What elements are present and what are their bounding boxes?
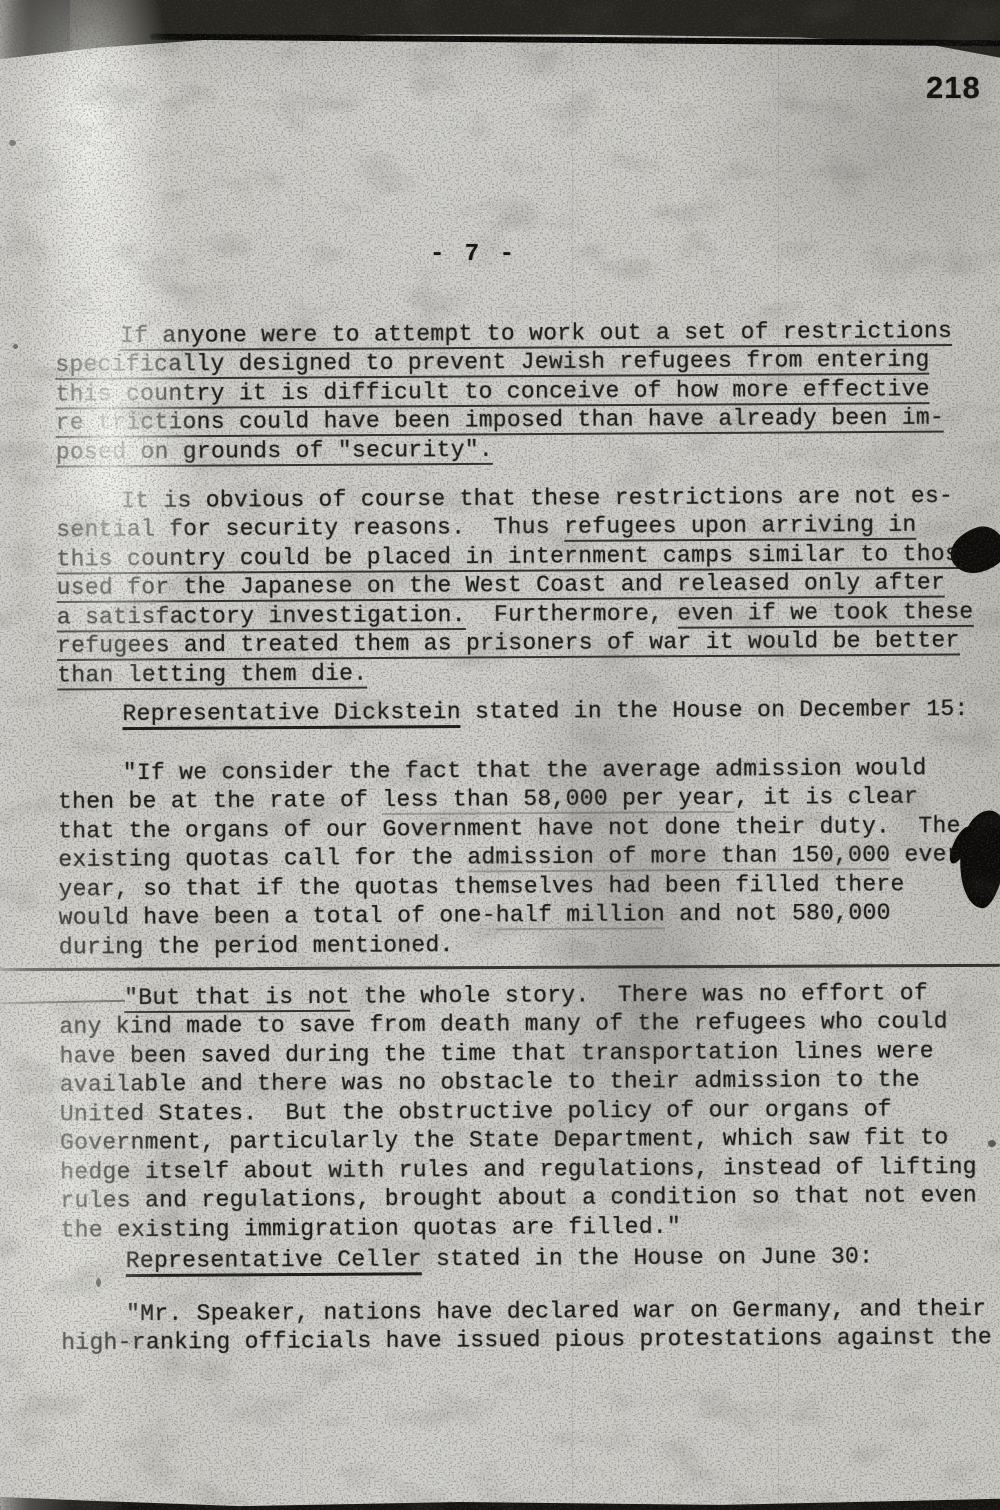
underlined-text: half million xyxy=(496,900,665,930)
page-number: - 7 - xyxy=(430,241,517,268)
text-segment: existing quotas call for the xyxy=(58,843,467,872)
underlined-text: If anyone were to attempt to work out a … xyxy=(120,317,952,351)
underlined-text: this country it is difficult to conceive… xyxy=(55,375,930,409)
text-segment: "Mr. Speaker, nations have declared war … xyxy=(126,1295,986,1327)
text-segment: have been saved during the time that tra… xyxy=(59,1037,933,1069)
text-line: than letting them die. xyxy=(57,655,1000,690)
quote-attribution-heading: Representative Celler stated in the Hous… xyxy=(61,1241,1000,1276)
underlined-text: less than 58,000 per year xyxy=(382,784,735,815)
text-segment: stated in the House on June 30: xyxy=(422,1243,873,1273)
ink-speck xyxy=(13,344,18,349)
text-segment: United States. But the obstructive polic… xyxy=(60,1095,892,1127)
text-line: posed on grounds of "security". xyxy=(56,432,1000,467)
film-scratch xyxy=(572,45,573,1500)
underlined-text: posed on grounds of "security". xyxy=(56,436,493,468)
film-scratch xyxy=(302,45,303,1500)
ink-speck xyxy=(988,1140,996,1147)
underlined-text: refugees upon arriving in xyxy=(564,511,917,542)
text-segment: high-ranking officials have issued pious… xyxy=(61,1323,992,1356)
text-line: this country could be placed in internme… xyxy=(56,539,1000,574)
text-segment: during the period mentioned. xyxy=(59,931,454,960)
text-line: during the period mentioned. xyxy=(59,927,1000,962)
text-segment: then be at the rate of xyxy=(58,786,383,815)
text-line: Representative Celler stated in the Hous… xyxy=(61,1241,1000,1276)
underlined-text: even if we took these xyxy=(677,598,973,629)
text-line: If anyone were to attempt to work out a … xyxy=(55,316,1000,351)
underlined-text: a satisfactory investigation. xyxy=(57,601,466,632)
film-scratch xyxy=(778,45,779,1500)
text-segment: would have been a total of one- xyxy=(59,901,496,931)
text-line: high-ranking officials have issued pious… xyxy=(61,1323,1000,1358)
quote-attribution-heading: Representative Dickstein stated in the H… xyxy=(57,694,1000,729)
underlined-text: this country could be placed in internme… xyxy=(56,540,973,575)
underlined-text: admission of more than 150,000 xyxy=(467,841,890,873)
text-segment: "If we consider the fact that the averag… xyxy=(123,754,927,786)
text-segment: , it is clear xyxy=(735,783,919,811)
underlined-text: than letting them die. xyxy=(57,660,367,691)
underlined-text: "But that is not xyxy=(124,983,350,1013)
scan-edge-bottom xyxy=(0,1494,1000,1510)
scanned-document-page: 218 - 7 - If anyone were to attempt to w… xyxy=(0,0,1000,1510)
text-segment: stated in the House on December 15: xyxy=(461,695,969,725)
document-body: If anyone were to attempt to work out a … xyxy=(55,316,1000,1358)
underlined-text: Representative Dickstein xyxy=(122,698,461,730)
paragraph: "If we consider the fact that the averag… xyxy=(58,753,1000,962)
text-segment: Government, particularly the State Depar… xyxy=(60,1124,949,1156)
text-segment: the existing immigration quotas are fill… xyxy=(60,1213,681,1244)
text-segment: available and there was no obstacle to t… xyxy=(60,1066,920,1098)
underlined-text: re trictions could have been imposed tha… xyxy=(56,404,945,438)
text-line: would have been a total of one-half mill… xyxy=(59,898,1000,933)
text-segment: rules and regulations, brought about a c… xyxy=(60,1181,977,1214)
underlined-text: Representative Celler xyxy=(126,1245,422,1277)
text-line: rules and regulations, brought about a c… xyxy=(60,1181,1000,1216)
text-line: a satisfactory investigation. Furthermor… xyxy=(57,597,1000,632)
ink-speck xyxy=(96,1278,101,1287)
text-segment: that the organs of our Government have n… xyxy=(58,812,961,845)
ink-speck xyxy=(9,140,16,146)
paragraph: "Mr. Speaker, nations have declared war … xyxy=(61,1294,1000,1358)
paragraph: If anyone were to attempt to work out a … xyxy=(55,316,1000,467)
text-segment: the whole story. There was no effort of xyxy=(350,979,928,1010)
page-stamp: 218 xyxy=(926,70,981,106)
text-line: Representative Dickstein stated in the H… xyxy=(57,694,1000,729)
paragraph: "But that is not the whole story. There … xyxy=(59,978,1000,1245)
text-segment: hedge itself about with rules and regula… xyxy=(60,1153,977,1186)
text-segment: sential for security reasons. Thus xyxy=(56,513,564,543)
text-line: the existing immigration quotas are fill… xyxy=(60,1210,1000,1245)
text-segment: It is obvious of course that these restr… xyxy=(121,482,953,514)
paragraph: It is obvious of course that these restr… xyxy=(56,481,1000,690)
text-line: this country it is difficult to conceive… xyxy=(55,374,1000,409)
